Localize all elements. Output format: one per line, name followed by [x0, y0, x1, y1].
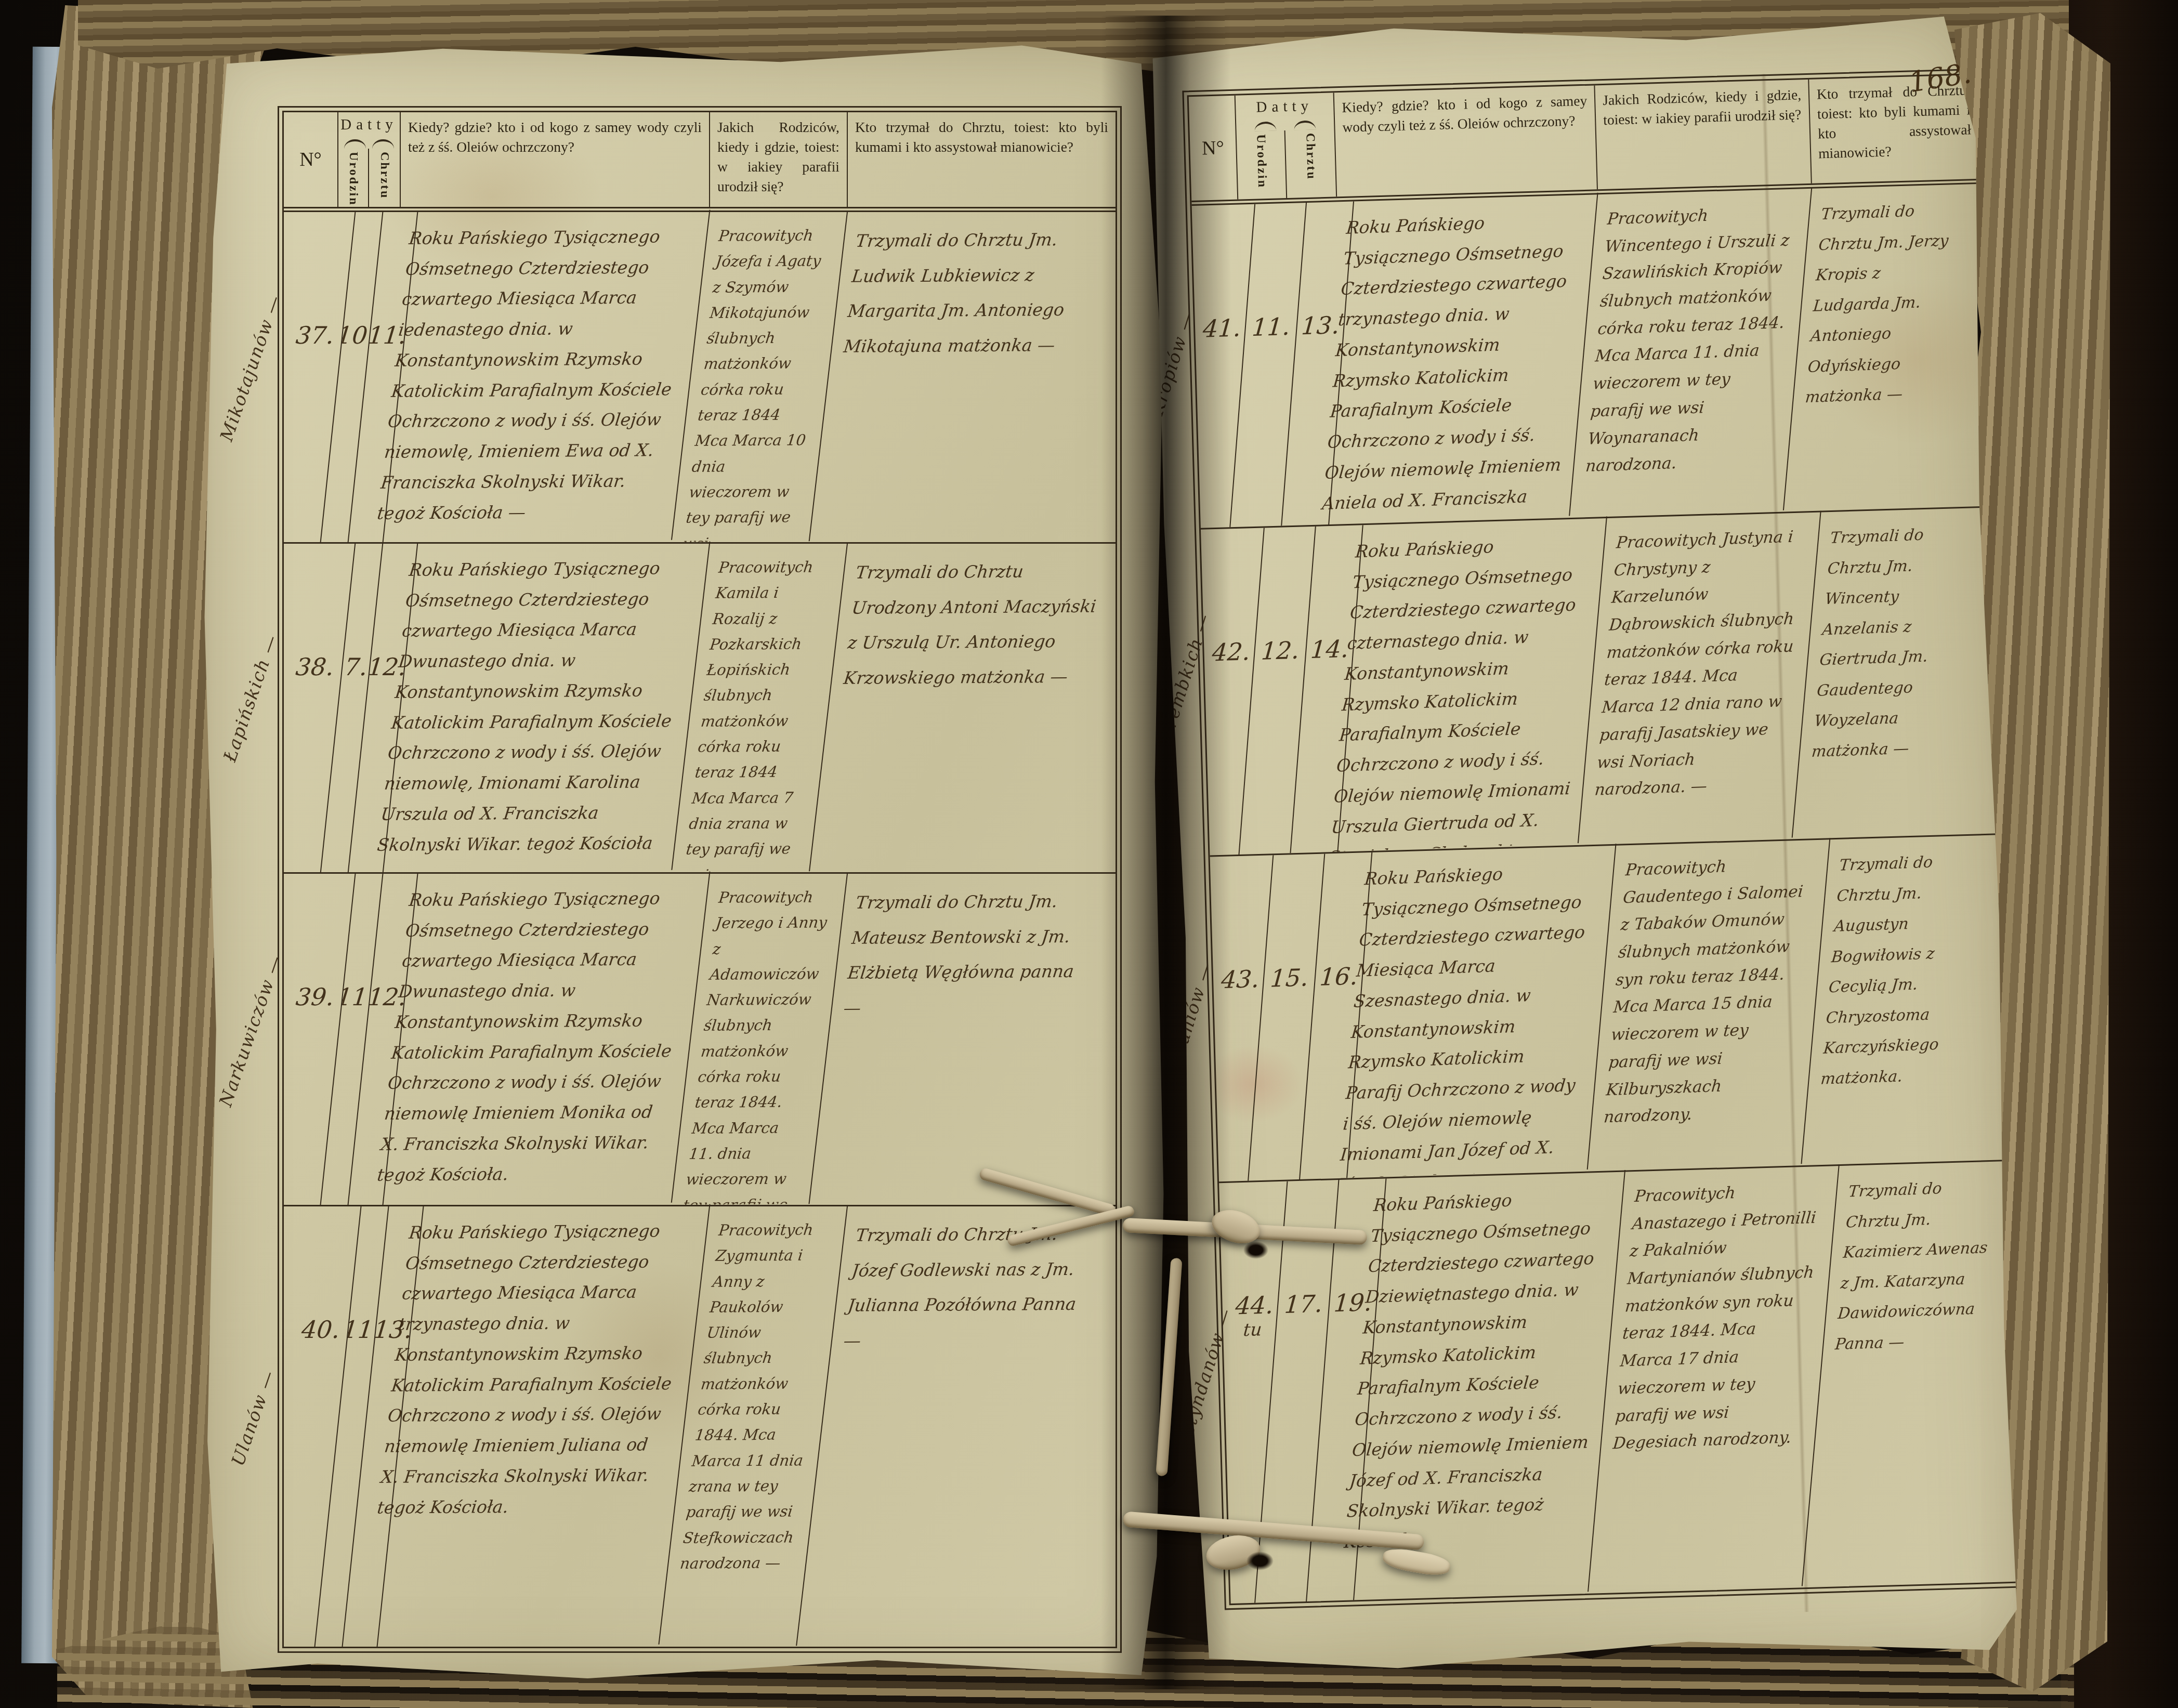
godparents-record-text: Trzymali do Chrztu Jm. Mateusz Bentowski…: [809, 872, 1116, 1205]
baptism-record-text: Roku Pańskiego Tysiącznego Ośmsetnego Cz…: [1318, 517, 1607, 852]
table-row-entry-42: 42. 12. 14. Roku Pańskiego Tysiącznego O…: [1201, 506, 1998, 856]
header-birth-date-column: Urodzin: [338, 149, 369, 207]
parents-record-text: Pracowitych Gaudentego i Salomei z Tabak…: [1587, 838, 1830, 1171]
table-row-entry-40: 40. 11. 13. Roku Pańskiego Tysiącznego O…: [284, 1205, 1116, 1647]
parents-record-text: Pracowitych Anastazego i Petronilli z Pa…: [1589, 1164, 1840, 1594]
margin-note-village: Ulanów —: [228, 1368, 280, 1469]
register-page-right: Kropiów — Zabrembkich — Gruniów — Młosty…: [1144, 6, 2023, 1683]
baptism-record-text: Roku Pańskiego Tysiącznego Ośmsetnego Cz…: [363, 542, 711, 872]
header-dates-label: Datty: [1236, 93, 1334, 122]
margin-note-village: Mikotajunów —: [216, 292, 286, 444]
table-header-row: N° Datty Urodzin Chrztu Kiedy? gdzie? kt…: [1189, 75, 1980, 206]
header-birth-date-column: Urodzin: [1237, 130, 1288, 200]
baptism-record-text: Roku Pańskiego Tysiącznego Ośmsetnego Cz…: [362, 210, 710, 542]
baptism-table-right: N° Datty Urodzin Chrztu Kiedy? gdzie? kt…: [1187, 73, 2021, 1605]
dates-brace-glyph: [338, 139, 400, 149]
lacing-hole: [1243, 1241, 1268, 1259]
godparents-record-text: Trzymali do Chrztu Jm. Augustyn Bogwiłow…: [1802, 834, 1998, 1165]
header-baptism-question: Kiedy? gdzie? kto i od kogo z samey wody…: [1334, 85, 1598, 196]
baptism-record-text: Roku Pańskiego Tysiącznego Ośmsetnego Cz…: [1309, 193, 1598, 525]
baptism-record-text: Roku Pańskiego Tysiącznego Ośmsetnego Cz…: [362, 872, 710, 1205]
godparents-record-text: Trzymali do Chrztu Urodzony Antoni Maczy…: [810, 542, 1116, 872]
parents-record-text: Pracowitych Wincentego i Urszuli z Szawl…: [1570, 187, 1813, 518]
header-godparents-question: Kto trzymał do Chrztu, toiest: kto byli …: [848, 112, 1116, 207]
header-dates-column: Datty Urodzin Chrztu: [1236, 93, 1337, 199]
baptism-record-text: Roku Pańskiego Tysiącznego Ośmsetnego Cz…: [350, 1204, 711, 1647]
table-row-entry-37: 37. 10. 11. Roku Pańskiego Tysiącznego O…: [284, 212, 1116, 542]
table-row-entry-41: 41. 11. 13. Roku Pańskiego Tysiącznego O…: [1192, 184, 1989, 528]
table-row-entry-43: 43. 15. 16. Roku Pańskiego Tysiącznego O…: [1210, 833, 2007, 1181]
parents-record-text: Pracowitych Justyna i Chrystyny z Karzel…: [1579, 511, 1821, 845]
baptism-table-left: N° Datty Urodzin Chrztu Kiedy? gdzie? kt…: [282, 111, 1117, 1648]
margin-note-village: Łapińskich —: [219, 632, 282, 764]
table-body: 37. 10. 11. Roku Pańskiego Tysiącznego O…: [284, 212, 1116, 1647]
table-row-entry-38: 38. 7. 12. Roku Pańskiego Tysiącznego Oś…: [284, 542, 1116, 872]
header-dates-column: Datty Urodzin Chrztu: [338, 112, 401, 207]
header-parents-question: Jakich Rodziców, kiedy i gdzie, toiest: …: [710, 112, 848, 207]
header-parents-question: Jakich Rodziców, kiedy i gdzie, toiest: …: [1595, 80, 1812, 189]
godparents-record-text: Trzymali do Chrztu Jm. Józef Godlewski n…: [797, 1204, 1116, 1647]
table-body: 41. 11. 13. Roku Pańskiego Tysiącznego O…: [1192, 184, 2019, 1604]
table-header-row: N° Datty Urodzin Chrztu Kiedy? gdzie? kt…: [284, 112, 1116, 212]
header-dates-label: Datty: [338, 112, 400, 139]
header-baptism-date-column: Chrztu: [369, 149, 400, 207]
header-baptism-date-column: Chrztu: [1285, 129, 1336, 198]
header-baptism-question: Kiedy? gdzie? kto i od kogo z samey wody…: [401, 112, 710, 207]
lacing-hole: [1247, 1552, 1274, 1570]
entry-number-note: tu: [1242, 1319, 1263, 1341]
godparents-record-text: Trzymali do Chrztu Jm. Jerzy Kropis z Lu…: [1784, 182, 1980, 511]
table-row-entry-39: 39. 11. 12. Roku Pańskiego Tysiącznego O…: [284, 872, 1116, 1205]
header-number-column: N°: [284, 112, 338, 207]
baptism-record-text: Roku Pańskiego Tysiącznego Ośmsetnego Cz…: [1327, 844, 1617, 1178]
scanned-register-screenshot: Mikotajunów — Łapińskich — Narkuwiczów —…: [0, 0, 2178, 1708]
register-page-left: Mikotajunów — Łapińskich — Narkuwiczów —…: [202, 41, 1166, 1688]
margin-note-village: Narkuwiczów —: [215, 952, 286, 1109]
godparents-record-text: Trzymali do Chrztu Jm. Ludwik Lubkiewicz…: [809, 210, 1116, 542]
godparents-record-text: Trzymali do Chrztu Jm. Wincenty Anzelani…: [1792, 506, 1989, 839]
